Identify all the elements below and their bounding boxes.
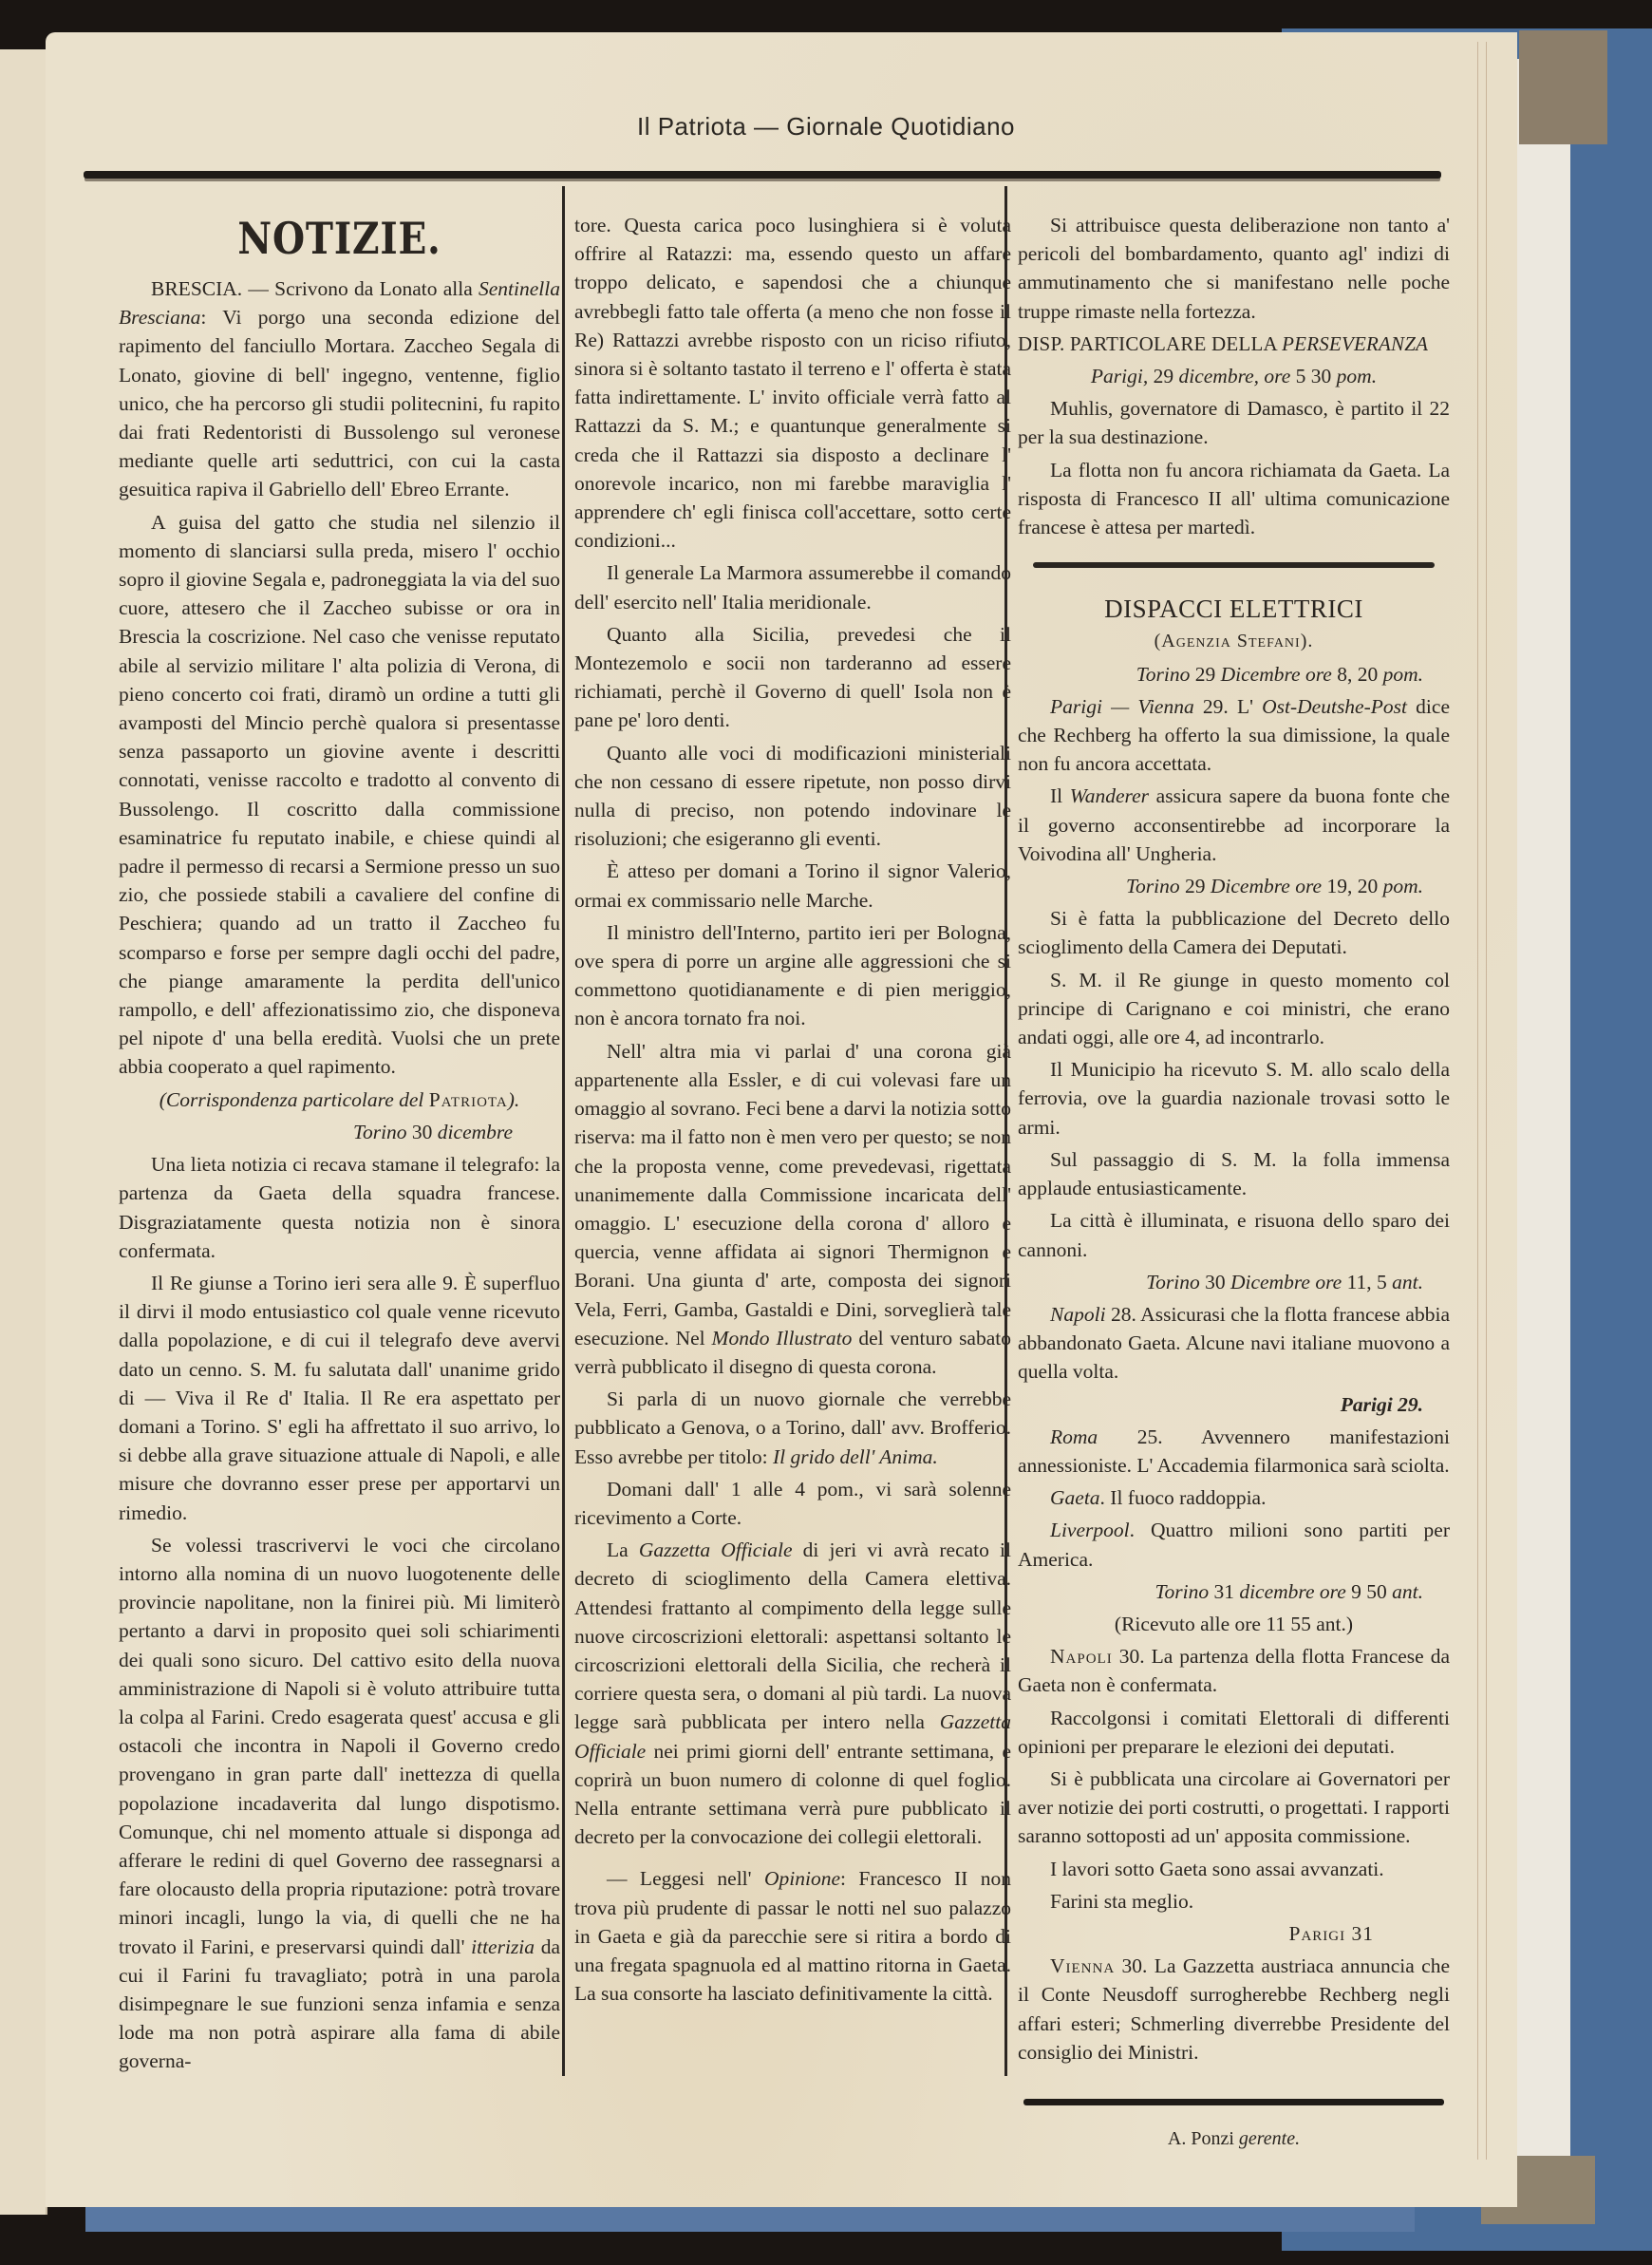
- column-3: Si attribuisce questa deliberazione non …: [1018, 211, 1450, 2157]
- received-time: (Ricevuto alle ore 11 55 ant.): [1018, 1610, 1450, 1638]
- paragraph: I lavori sotto Gaeta sono assai avvanzat…: [1018, 1855, 1450, 1883]
- running-head: Il Patriota — Giornale Quotidiano: [0, 112, 1652, 142]
- header-rule: [84, 171, 1441, 179]
- paragraph: Il Re giunse a Torino ieri sera alle 9. …: [119, 1269, 560, 1527]
- page-edge-rule: [1477, 42, 1487, 2160]
- dispatch-subhead: Parigi 31: [1018, 1919, 1450, 1948]
- article-brescia: BRESCIA. — Scrivono da Lonato alla Senti…: [119, 274, 560, 504]
- paragraph: È atteso per domani a Torino il signor V…: [574, 857, 1011, 914]
- paragraph: Roma 25. Avvennero manifestazioni anness…: [1018, 1423, 1450, 1480]
- dispatch-dateline: Torino 30 Dicembre ore 11, 5 ant.: [1018, 1268, 1450, 1296]
- dispatch-perseveranza-heading: DISP. PARTICOLARE DELLA PERSEVERANZA: [1018, 330, 1450, 358]
- blue-binding-board-bottom: [85, 2203, 1415, 2232]
- paragraph: Una lieta notizia ci recava stamane il t…: [119, 1150, 560, 1265]
- paragraph: Parigi — Vienna 29. L' Ost-Deutshe-Post …: [1018, 692, 1450, 779]
- paragraph: — Leggesi nell' Opinione: Francesco II n…: [574, 1864, 1011, 2008]
- closing-rule: [1023, 2099, 1444, 2105]
- dispatch-dateline: Torino 31 dicembre ore 9 50 ant.: [1018, 1577, 1450, 1606]
- paragraph: La città è illuminata, e risuona dello s…: [1018, 1206, 1450, 1263]
- signature: A. Ponzi gerente.: [1018, 2124, 1450, 2153]
- paragraph: Il ministro dell'Interno, partito ieri p…: [574, 918, 1011, 1033]
- dispatch-subhead: Parigi 29.: [1018, 1390, 1450, 1419]
- paragraph: Si è fatta la pubblicazione del Decreto …: [1018, 904, 1450, 961]
- dispatch-dateline: Torino 29 Dicembre ore 8, 20 pom.: [1018, 660, 1450, 689]
- paragraph: La flotta non fu ancora richiamata da Ga…: [1018, 456, 1450, 542]
- paragraph: Il Wanderer assicura sapere da buona fon…: [1018, 782, 1450, 868]
- agency-name: (Agenzia Stefani).: [1018, 627, 1450, 655]
- paragraph: tore. Questa carica poco lusinghiera si …: [574, 211, 1011, 555]
- paragraph: Napoli 28. Assicurasi che la flotta fran…: [1018, 1300, 1450, 1387]
- paragraph: Domani dall' 1 alle 4 pom., vi sarà sole…: [574, 1475, 1011, 1532]
- column-divider-1: [562, 186, 565, 2076]
- paragraph: La Gazzetta Officiale di jeri vi avrà re…: [574, 1536, 1011, 1851]
- paragraph: A guisa del gatto che studia nel silenzi…: [119, 508, 560, 1082]
- section-title-notizie: NOTIZIE.: [152, 212, 527, 265]
- paragraph: Si è pubblicata una circolare ai Governa…: [1018, 1765, 1450, 1851]
- dateline-parigi: Parigi, 29 dicembre, ore 5 30 pom.: [1018, 362, 1450, 390]
- paragraph: S. M. il Re giunge in questo momento col…: [1018, 966, 1450, 1052]
- paragraph: Napoli 30. La partenza della flotta Fran…: [1018, 1642, 1450, 1699]
- paragraph: Farini sta meglio.: [1018, 1887, 1450, 1916]
- correspondence-byline: (Corrispondenza particolare del Patriota…: [119, 1085, 560, 1114]
- underlying-white-sheet: [1517, 59, 1570, 2224]
- paragraph: Gaeta. Il fuoco raddoppia.: [1018, 1483, 1450, 1512]
- column-2: tore. Questa carica poco lusinghiera si …: [574, 211, 1011, 2011]
- facing-page-edge: [0, 49, 47, 2215]
- paragraph: Il generale La Marmora assumerebbe il co…: [574, 558, 1011, 615]
- paragraph: Si parla di un nuovo giornale che verreb…: [574, 1385, 1011, 1471]
- paragraph: Quanto alla Sicilia, prevedesi che il Mo…: [574, 620, 1011, 735]
- section-title-dispacci: DISPACCI ELETTRICI: [1018, 595, 1450, 623]
- section-rule: [1033, 562, 1435, 568]
- paragraph: Se volessi trascrivervi le voci che circ…: [119, 1531, 560, 2076]
- paragraph: Sul passaggio di S. M. la folla immensa …: [1018, 1145, 1450, 1202]
- paragraph: Nell' altra mia vi parlai d' una corona …: [574, 1037, 1011, 1381]
- paragraph: Liverpool. Quattro milioni sono partiti …: [1018, 1516, 1450, 1573]
- paragraph: Raccolgonsi i comitati Elettorali di dif…: [1018, 1704, 1450, 1761]
- paragraph: Quanto alle voci di modificazioni minist…: [574, 739, 1011, 854]
- paragraph: Il Municipio ha ricevuto S. M. allo scal…: [1018, 1055, 1450, 1142]
- dispatch-dateline: Torino 29 Dicembre ore 19, 20 pom.: [1018, 872, 1450, 900]
- dateline-torino: Torino 30 dicembre: [119, 1118, 560, 1146]
- paragraph: Vienna 30. La Gazzetta austriaca annunci…: [1018, 1952, 1450, 2067]
- paragraph: Muhlis, governatore di Damasco, è partit…: [1018, 394, 1450, 451]
- column-1: NOTIZIE. BRESCIA. — Scrivono da Lonato a…: [119, 195, 560, 2080]
- paragraph: Si attribuisce questa deliberazione non …: [1018, 211, 1450, 326]
